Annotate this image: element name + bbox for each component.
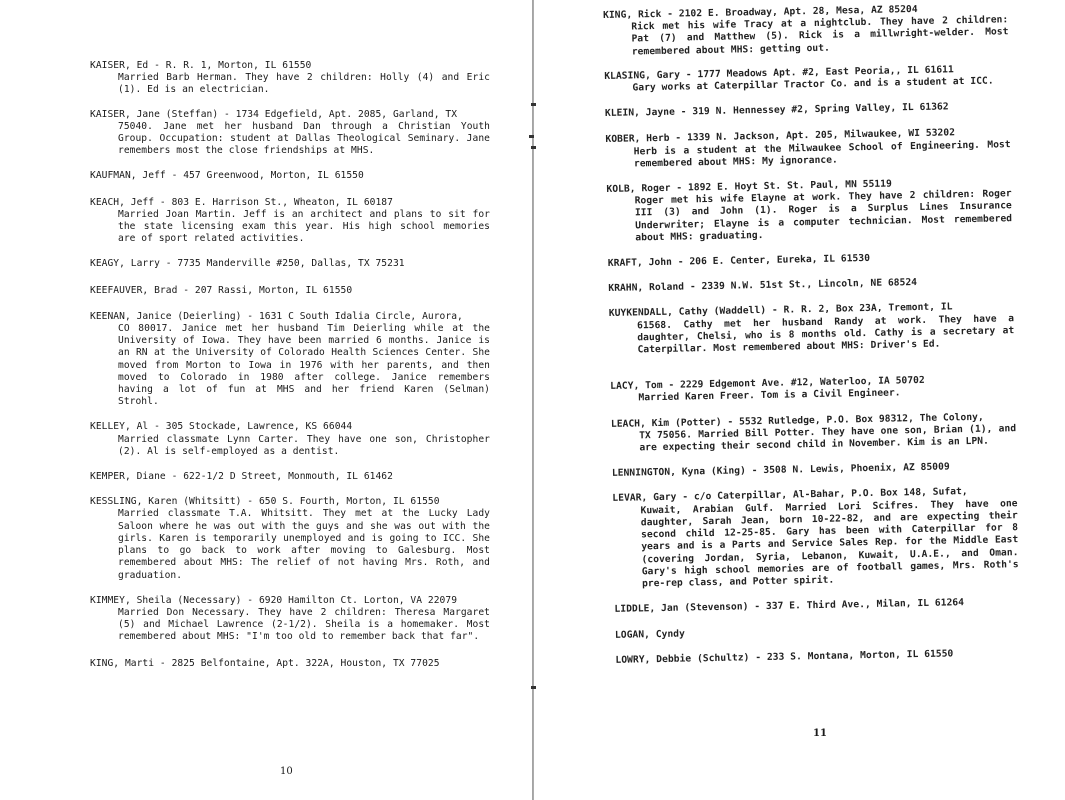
entry-body: Kuwait, Arabian Gulf. Married Lori Scifr… [613, 498, 1020, 591]
directory-entry: KIMMEY, Sheila (Necessary) - 6920 Hamilt… [90, 595, 490, 644]
directory-entry: KLASING, Gary - 1777 Meadows Apt. #2, Ea… [604, 63, 1009, 95]
entry-body: Roger met his wife Elayne at work. They … [607, 188, 1013, 245]
entry-header: KESSLING, Karen (Whitsitt) - 650 S. Four… [90, 496, 490, 508]
entry-header: KAISER, Ed - R. R. 1, Morton, IL 61550 [90, 60, 490, 72]
directory-entry: KEEFAUVER, Brad - 207 Rassi, Morton, IL … [90, 285, 490, 297]
entry-header: LOWRY, Debbie (Schultz) - 233 S. Montana… [615, 647, 1020, 667]
directory-entry: KEENAN, Janice (Deierling) - 1631 C Sout… [90, 311, 490, 409]
directory-entry: KOBER, Herb - 1339 N. Jackson, Apt. 205,… [605, 127, 1011, 171]
right-page-entries: KING, Rick - 2102 E. Broadway, Apt. 28, … [603, 2, 1021, 666]
directory-entry: KEAGY, Larry - 7735 Manderville #250, Da… [90, 258, 490, 270]
directory-entry: KOLB, Roger - 1892 E. Hoyt St. St. Paul,… [606, 176, 1012, 245]
entry-body: Married Barb Herman. They have 2 childre… [90, 72, 490, 96]
directory-entry: KRAFT, John - 206 E. Center, Eureka, IL … [608, 250, 1013, 270]
directory-entry: LOGAN, Cyndy [615, 622, 1020, 642]
left-page: KAISER, Ed - R. R. 1, Morton, IL 61550 M… [0, 0, 533, 800]
entry-body: Married classmate Lynn Carter. They have… [90, 434, 490, 458]
entry-header: KEEFAUVER, Brad - 207 Rassi, Morton, IL … [90, 285, 490, 297]
entry-header: KLEIN, Jayne - 319 N. Hennessey #2, Spri… [605, 100, 1010, 120]
spine-staple-mark [529, 135, 534, 138]
directory-entry: LENNINGTON, Kyna (King) - 3508 N. Lewis,… [612, 460, 1017, 480]
directory-entry: LOWRY, Debbie (Schultz) - 233 S. Montana… [615, 647, 1020, 667]
entry-header: KING, Marti - 2825 Belfontaine, Apt. 322… [90, 658, 490, 670]
directory-entry: LIDDLE, Jan (Stevenson) - 337 E. Third A… [614, 596, 1019, 616]
book-spread: KAISER, Ed - R. R. 1, Morton, IL 61550 M… [0, 0, 1065, 800]
directory-entry: LEACH, Kim (Potter) - 5532 Rutledge, P.O… [611, 411, 1017, 455]
directory-entry: KAISER, Ed - R. R. 1, Morton, IL 61550 M… [90, 60, 490, 97]
directory-entry: KEACH, Jeff - 803 E. Harrison St., Wheat… [90, 197, 490, 246]
entry-header: LENNINGTON, Kyna (King) - 3508 N. Lewis,… [612, 460, 1017, 480]
entry-header: KEACH, Jeff - 803 E. Harrison St., Wheat… [90, 197, 490, 209]
right-page: KING, Rick - 2102 E. Broadway, Apt. 28, … [535, 0, 1065, 800]
directory-entry: KELLEY, Al - 305 Stockade, Lawrence, KS … [90, 421, 490, 458]
entry-body: 61568. Cathy met her husband Randy at wo… [609, 313, 1015, 357]
page-number: 10 [280, 766, 293, 777]
entry-header: KELLEY, Al - 305 Stockade, Lawrence, KS … [90, 421, 490, 433]
entry-header: KRAFT, John - 206 E. Center, Eureka, IL … [608, 250, 1013, 270]
directory-entry: KESSLING, Karen (Whitsitt) - 650 S. Four… [90, 496, 490, 581]
directory-entry: KUYKENDALL, Cathy (Waddell) - R. R. 2, B… [609, 301, 1015, 358]
entry-body: Married Don Necessary. They have 2 child… [90, 607, 490, 644]
left-page-entries: KAISER, Ed - R. R. 1, Morton, IL 61550 M… [90, 60, 490, 670]
entry-header: KAUFMAN, Jeff - 457 Greenwood, Morton, I… [90, 170, 490, 182]
entry-body: Rick met his wife Tracy at a nightclub. … [603, 14, 1009, 58]
entry-body: Married classmate T.A. Whitsitt. They me… [90, 508, 490, 581]
entry-header: LIDDLE, Jan (Stevenson) - 337 E. Third A… [614, 596, 1019, 616]
directory-entry: KAUFMAN, Jeff - 457 Greenwood, Morton, I… [90, 170, 490, 182]
entry-header: KRAHN, Roland - 2339 N.W. 51st St., Linc… [608, 275, 1013, 295]
directory-entry: KING, Marti - 2825 Belfontaine, Apt. 322… [90, 658, 490, 670]
entry-body: Married Joan Martin. Jeff is an architec… [90, 209, 490, 246]
entry-header: LOGAN, Cyndy [615, 622, 1020, 642]
page-number: 11 [813, 728, 827, 739]
entry-header: KAISER, Jane (Steffan) - 1734 Edgefield,… [90, 109, 490, 121]
entry-body: CO 80017. Janice met her husband Tim Dei… [90, 323, 490, 408]
directory-entry: KEMPER, Diane - 622-1/2 D Street, Monmou… [90, 471, 490, 483]
entry-header: KEMPER, Diane - 622-1/2 D Street, Monmou… [90, 471, 490, 483]
entry-header: KIMMEY, Sheila (Necessary) - 6920 Hamilt… [90, 595, 490, 607]
directory-entry: LACY, Tom - 2229 Edgemont Ave. #12, Wate… [610, 373, 1015, 405]
entry-header: KEENAN, Janice (Deierling) - 1631 C Sout… [90, 311, 490, 323]
book-spine [532, 0, 534, 800]
directory-entry: KLEIN, Jayne - 319 N. Hennessey #2, Spri… [605, 100, 1010, 120]
entry-body: 75040. Jane met her husband Dan through … [90, 121, 490, 158]
directory-entry: KAISER, Jane (Steffan) - 1734 Edgefield,… [90, 109, 490, 158]
entry-header: KEAGY, Larry - 7735 Manderville #250, Da… [90, 258, 490, 270]
directory-entry: LEVAR, Gary - c/o Caterpillar, Al-Bahar,… [612, 486, 1019, 591]
directory-entry: KING, Rick - 2102 E. Broadway, Apt. 28, … [603, 2, 1009, 59]
directory-entry: KRAHN, Roland - 2339 N.W. 51st St., Linc… [608, 275, 1013, 295]
